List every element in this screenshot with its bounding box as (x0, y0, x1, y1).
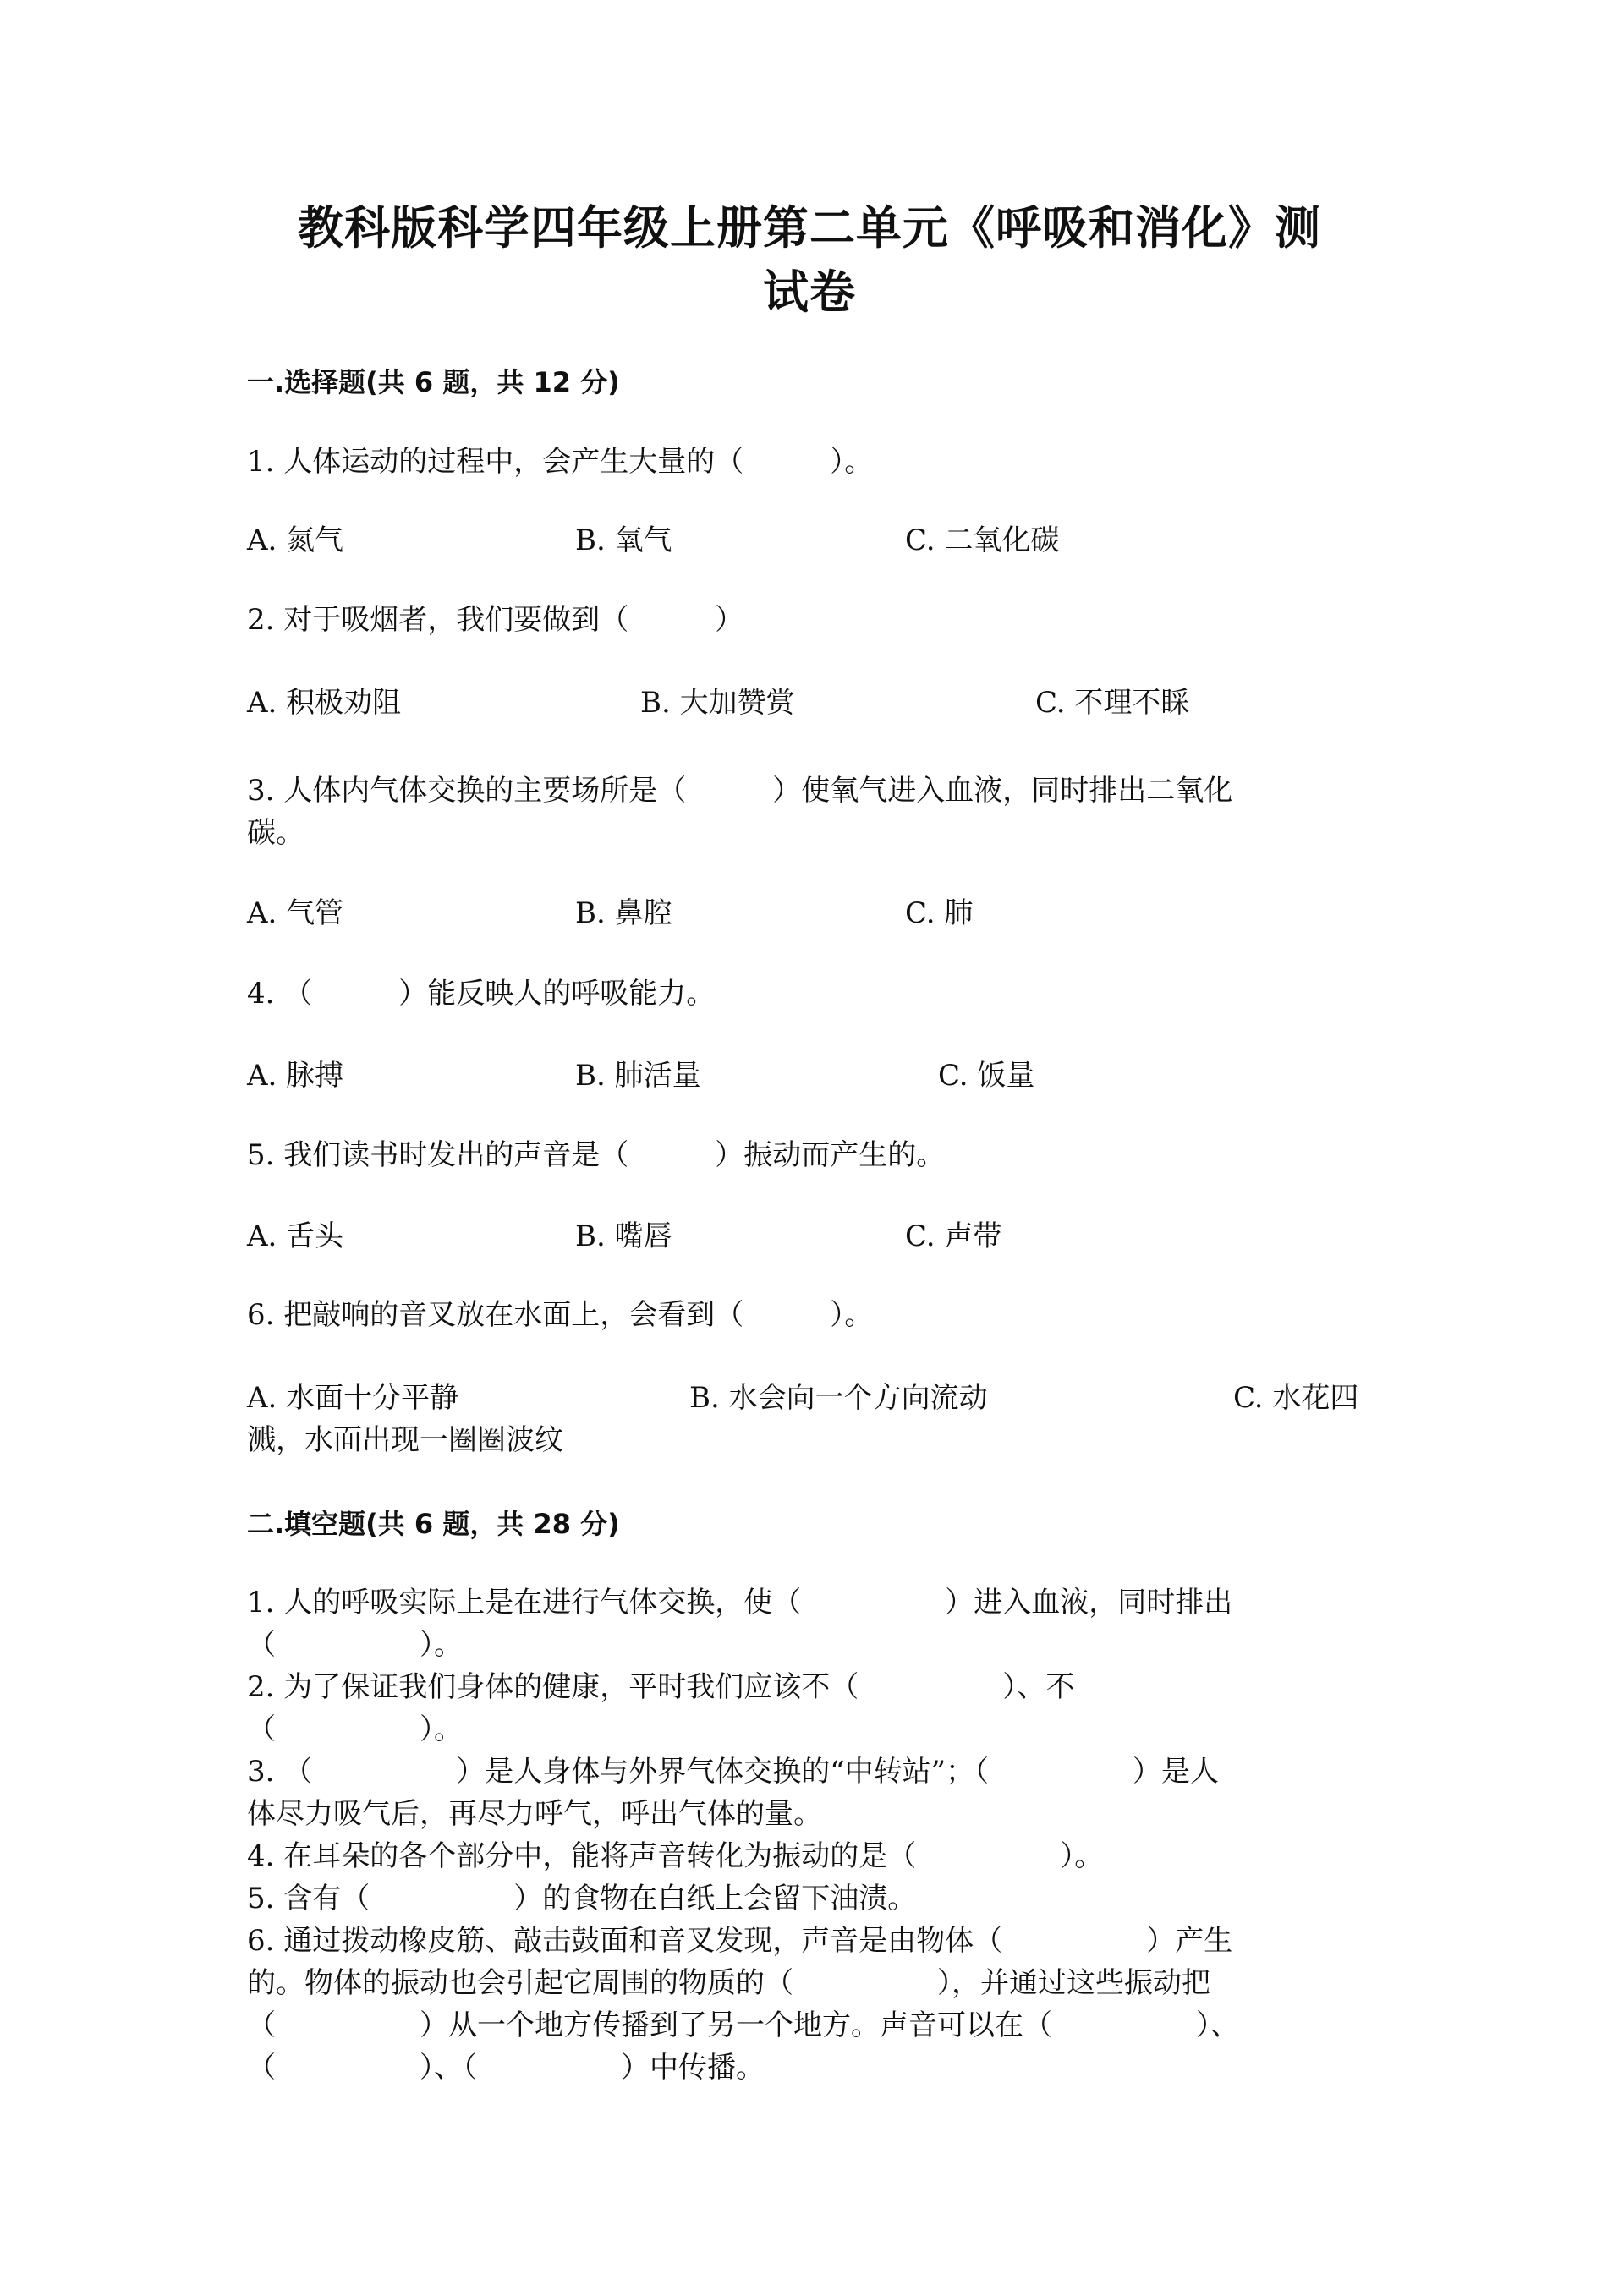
exam-page: 教科版科学四年级上册第二单元《呼吸和消化》测 试卷 一.选择题(共 6 题，共 … (0, 0, 1624, 2296)
fill-question-2-line-2: （ ）。 (247, 1708, 1380, 1751)
question-5-option-c[interactable]: C. 声带 (905, 1215, 1001, 1258)
fill-question-6-line-1: 6. 通过拨动橡皮筋、敲击鼓面和音叉发现，声音是由物体（ ）产生 (247, 1920, 1380, 1962)
question-2-stem: 2. 对于吸烟者，我们要做到（ ） (247, 599, 1380, 641)
fill-question-6-line-3: （ ）从一个地方传播到了另一个地方。声音可以在（ ）、 (247, 2004, 1380, 2047)
question-1-option-a[interactable]: A. 氮气 (247, 519, 343, 562)
fill-question-4: 4. 在耳朵的各个部分中，能将声音转化为振动的是（ ）。 (247, 1835, 1380, 1877)
question-1-stem: 1. 人体运动的过程中，会产生大量的（ ）。 (247, 441, 1380, 483)
page-title: 教科版科学四年级上册第二单元《呼吸和消化》测 试卷 (247, 196, 1372, 325)
title-line-1: 教科版科学四年级上册第二单元《呼吸和消化》测 (298, 201, 1321, 255)
fill-question-2-line-1: 2. 为了保证我们身体的健康，平时我们应该不（ ）、不 (247, 1666, 1380, 1708)
question-6-option-c[interactable]: C. 水花四 (1233, 1377, 1358, 1419)
fill-question-3-line-1: 3. （ ）是人身体与外界气体交换的“中转站”；（ ）是人 (247, 1751, 1380, 1793)
question-1-option-c[interactable]: C. 二氧化碳 (905, 519, 1059, 562)
question-2-option-c[interactable]: C. 不理不睬 (1035, 682, 1189, 724)
fill-question-1-line-2: （ ）。 (247, 1624, 1380, 1666)
fill-question-6-line-4: （ ）、（ ）中传播。 (247, 2047, 1380, 2089)
fill-question-1-line-1: 1. 人的呼吸实际上是在进行气体交换，使（ ）进入血液，同时排出 (247, 1581, 1380, 1624)
section-header-fill-in-blanks: 二.填空题(共 6 题，共 28 分) (247, 1507, 620, 1541)
question-5-stem: 5. 我们读书时发出的声音是（ ）振动而产生的。 (247, 1134, 1380, 1176)
question-3-option-a[interactable]: A. 气管 (247, 892, 343, 934)
question-6-option-c-continuation: 溅，水面出现一圈圈波纹 (247, 1419, 563, 1461)
question-3-stem-line-2: 碳。 (247, 812, 1380, 854)
question-6-option-b[interactable]: B. 水会向一个方向流动 (689, 1377, 988, 1419)
title-line-2: 试卷 (763, 266, 856, 319)
question-6-stem: 6. 把敲响的音叉放在水面上，会看到（ ）。 (247, 1294, 1380, 1336)
fill-question-5: 5. 含有（ ）的食物在白纸上会留下油渍。 (247, 1877, 1380, 1920)
question-3-stem-line-1: 3. 人体内气体交换的主要场所是（ ）使氧气进入血液，同时排出二氧化 (247, 770, 1380, 812)
fill-question-3-line-2: 体尽力吸气后，再尽力呼气，呼出气体的量。 (247, 1793, 1380, 1835)
fill-question-6-line-2: 的。物体的振动也会引起它周围的物质的（ ），并通过这些振动把 (247, 1962, 1380, 2004)
question-5-option-b[interactable]: B. 嘴唇 (575, 1215, 672, 1258)
question-4-option-c[interactable]: C. 饭量 (938, 1055, 1034, 1097)
question-3-option-c[interactable]: C. 肺 (905, 892, 973, 934)
question-1-option-b[interactable]: B. 氧气 (575, 519, 672, 562)
question-4-stem: 4. （ ）能反映人的呼吸能力。 (247, 973, 1380, 1015)
question-2-option-b[interactable]: B. 大加赞赏 (640, 682, 795, 724)
question-6-option-a[interactable]: A. 水面十分平静 (247, 1377, 458, 1419)
question-5-option-a[interactable]: A. 舌头 (247, 1215, 343, 1258)
question-2-option-a[interactable]: A. 积极劝阻 (247, 682, 401, 724)
question-4-option-a[interactable]: A. 脉搏 (247, 1055, 343, 1097)
section-header-multiple-choice: 一.选择题(共 6 题，共 12 分) (247, 365, 620, 399)
question-4-option-b[interactable]: B. 肺活量 (575, 1055, 701, 1097)
question-3-option-b[interactable]: B. 鼻腔 (575, 892, 672, 934)
